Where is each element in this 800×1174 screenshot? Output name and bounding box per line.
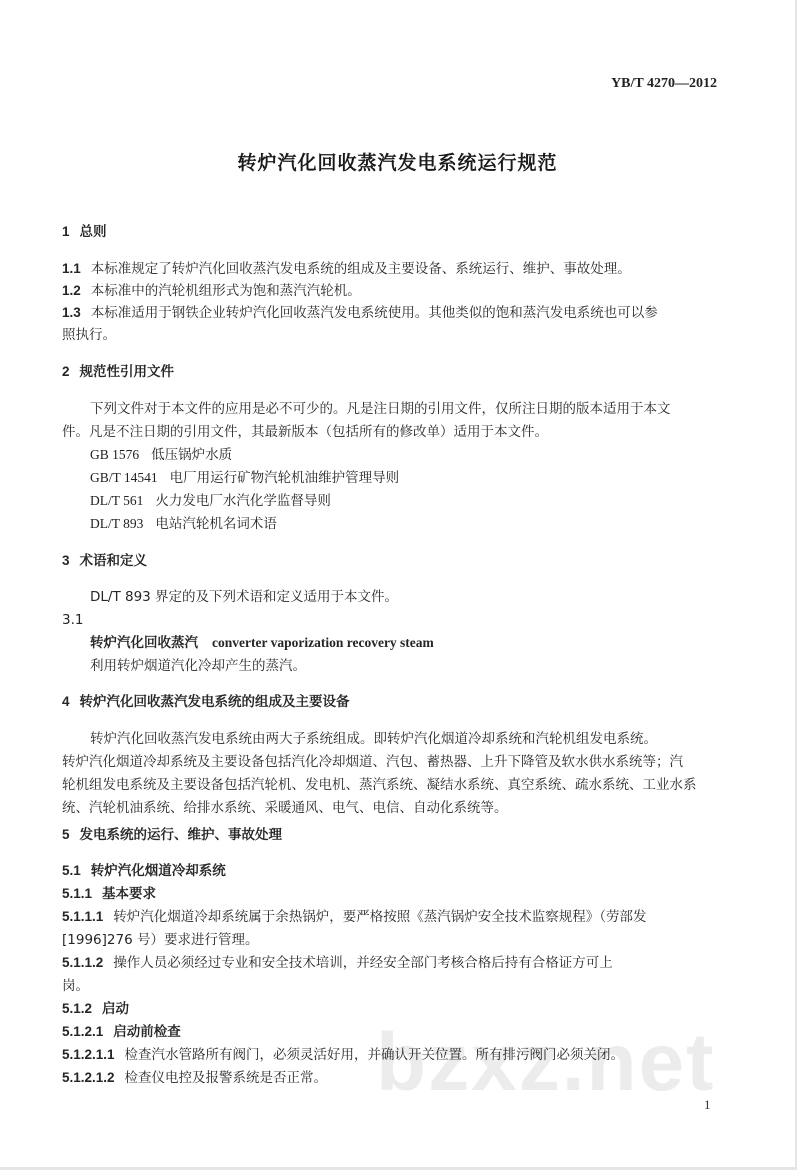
clause-1-3: 1.3本标准适用于钢铁企业转炉汽化回收蒸汽发电系统使用。其他类似的饱和蒸汽发电系… — [62, 303, 658, 323]
clause-number: 1.2 — [62, 281, 81, 301]
section-2-intro-line-2: 件。凡是不注日期的引用文件，其最新版本（包括所有的修改单）适用于本文件。 — [62, 422, 548, 442]
section-title: 启动 — [102, 1001, 129, 1017]
section-2-intro-line-1: 下列文件对于本文件的应用是必不可少的。凡是注日期的引用文件，仅所注日期的版本适用… — [90, 399, 671, 419]
section-5-1-heading: 5.1转炉汽化烟道冷却系统 — [62, 861, 226, 881]
reference-item: GB/T 14541电厂用运行矿物汽轮机油维护管理导则 — [90, 468, 399, 488]
section-3-heading: 3术语和定义 — [62, 551, 147, 571]
reference-title: 火力发电厂水汽化学监督导则 — [155, 493, 331, 509]
clause-5-1-2-1-2: 5.1.2.1.2检查仪电控及报警系统是否正常。 — [62, 1068, 327, 1088]
clause-1-1: 1.1本标准规定了转炉汽化回收蒸汽发电系统的组成及主要设备、系统运行、维护、事故… — [62, 259, 631, 279]
reference-title: 电厂用运行矿物汽轮机油维护管理导则 — [170, 470, 400, 486]
clause-text: 本标准适用于钢铁企业转炉汽化回收蒸汽发电系统使用。其他类似的饱和蒸汽发电系统也可… — [91, 305, 658, 321]
section-3-intro: DL/T 893 界定的及下列术语和定义适用于本文件。 — [90, 587, 398, 607]
clause-number: 1.3 — [62, 303, 81, 323]
reference-item: GB 1576低压锅炉水质 — [90, 445, 232, 465]
reference-code: DL/T 893 — [90, 516, 143, 531]
section-5-1-1-heading: 5.1.1基本要求 — [62, 884, 156, 904]
document-page: bzxz.net YB/T 4270—2012 转炉汽化回收蒸汽发电系统运行规范… — [0, 0, 797, 1170]
reference-title: 低压锅炉水质 — [151, 447, 232, 463]
term-number: 3.1 — [62, 610, 83, 630]
clause-text: 检查汽水管路所有阀门，必须灵活好用，并确认开关位置。所有排污阀门必须关闭。 — [125, 1047, 625, 1063]
section-title: 转炉汽化回收蒸汽发电系统的组成及主要设备 — [80, 694, 350, 710]
page-number: 1 — [704, 1097, 711, 1113]
section-number: 5.1.2 — [62, 999, 92, 1019]
section-number: 5.1.1 — [62, 884, 92, 904]
clause-number: 5.1.2.1.1 — [62, 1045, 115, 1065]
clause-text: 检查仪电控及报警系统是否正常。 — [125, 1070, 328, 1086]
section-number: 1 — [62, 222, 70, 242]
section-title: 总则 — [80, 224, 107, 240]
section-4-line: 统、汽轮机油系统、给排水系统、采暖通风、电气、电信、自动化系统等。 — [62, 798, 508, 818]
term-english: converter vaporization recovery steam — [212, 635, 434, 650]
section-title: 规范性引用文件 — [80, 364, 175, 380]
standard-code: YB/T 4270—2012 — [611, 76, 717, 92]
section-4-heading: 4转炉汽化回收蒸汽发电系统的组成及主要设备 — [62, 692, 350, 712]
section-number: 5.1.2.1 — [62, 1022, 103, 1042]
reference-code: GB/T 14541 — [90, 470, 158, 485]
clause-number: 5.1.1.2 — [62, 953, 103, 973]
clause-1-3-continuation: 照执行。 — [62, 325, 116, 345]
reference-title: 电站汽轮机名词术语 — [155, 516, 277, 532]
section-4-line: 轮机组发电系统及主要设备包括汽轮机、发电机、蒸汽系统、凝结水系统、真空系统、疏水… — [62, 775, 697, 795]
clause-5-1-1-2-continuation: 岗。 — [62, 976, 89, 996]
section-2-heading: 2规范性引用文件 — [62, 362, 174, 382]
section-4-line: 转炉汽化烟道冷却系统及主要设备包括汽化冷却烟道、汽包、蓄热器、上升下降管及软水供… — [62, 752, 683, 772]
term-definition: 利用转炉烟道汽化冷却产生的蒸汽。 — [90, 656, 306, 676]
clause-5-1-1-2: 5.1.1.2操作人员必须经过专业和安全技术培训，并经安全部门考核合格后持有合格… — [62, 953, 613, 973]
reference-code: GB 1576 — [90, 447, 139, 462]
section-5-1-2-heading: 5.1.2启动 — [62, 999, 129, 1019]
section-title: 转炉汽化烟道冷却系统 — [91, 863, 226, 879]
section-title: 术语和定义 — [80, 553, 148, 569]
clause-1-2: 1.2本标准中的汽轮机组形式为饱和蒸汽汽轮机。 — [62, 281, 361, 301]
clause-text: 转炉汽化烟道冷却系统属于余热锅炉，要严格按照《蒸汽锅炉安全技术监察规程》（劳部发 — [113, 909, 646, 925]
clause-number: 1.1 — [62, 259, 81, 279]
reference-item: DL/T 561火力发电厂水汽化学监督导则 — [90, 491, 331, 511]
term-chinese: 转炉汽化回收蒸汽 — [90, 635, 198, 651]
clause-number: 5.1.2.1.2 — [62, 1068, 115, 1088]
section-number: 2 — [62, 362, 70, 382]
reference-item: DL/T 893电站汽轮机名词术语 — [90, 514, 277, 534]
clause-text: 操作人员必须经过专业和安全技术培训，并经安全部门考核合格后持有合格证方可上 — [113, 955, 613, 971]
clause-text: 本标准中的汽轮机组形式为饱和蒸汽汽轮机。 — [91, 283, 361, 299]
section-title: 启动前检查 — [113, 1024, 181, 1040]
section-number: 3 — [62, 551, 70, 571]
clause-5-1-1-1-continuation: [1996]276 号）要求进行管理。 — [62, 930, 258, 950]
section-1-heading: 1总则 — [62, 222, 107, 242]
section-5-heading: 5发电系统的运行、维护、事故处理 — [62, 825, 282, 845]
clause-5-1-2-1-1: 5.1.2.1.1检查汽水管路所有阀门，必须灵活好用，并确认开关位置。所有排污阀… — [62, 1045, 624, 1065]
clause-number: 5.1.1.1 — [62, 907, 103, 927]
section-title: 发电系统的运行、维护、事故处理 — [80, 827, 283, 843]
document-title: 转炉汽化回收蒸汽发电系统运行规范 — [0, 148, 795, 175]
clause-5-1-1-1: 5.1.1.1转炉汽化烟道冷却系统属于余热锅炉，要严格按照《蒸汽锅炉安全技术监察… — [62, 907, 647, 927]
reference-code: DL/T 561 — [90, 493, 143, 508]
section-number: 4 — [62, 692, 70, 712]
clause-text: 本标准规定了转炉汽化回收蒸汽发电系统的组成及主要设备、系统运行、维护、事故处理。 — [91, 261, 631, 277]
section-number: 5 — [62, 825, 70, 845]
section-title: 基本要求 — [102, 886, 156, 902]
term-entry: 转炉汽化回收蒸汽converter vaporization recovery … — [90, 633, 434, 653]
section-5-1-2-1-heading: 5.1.2.1启动前检查 — [62, 1022, 181, 1042]
section-4-line: 转炉汽化回收蒸汽发电系统由两大子系统组成。即转炉汽化烟道冷却系统和汽轮机组发电系… — [90, 729, 657, 749]
section-number: 5.1 — [62, 861, 81, 881]
